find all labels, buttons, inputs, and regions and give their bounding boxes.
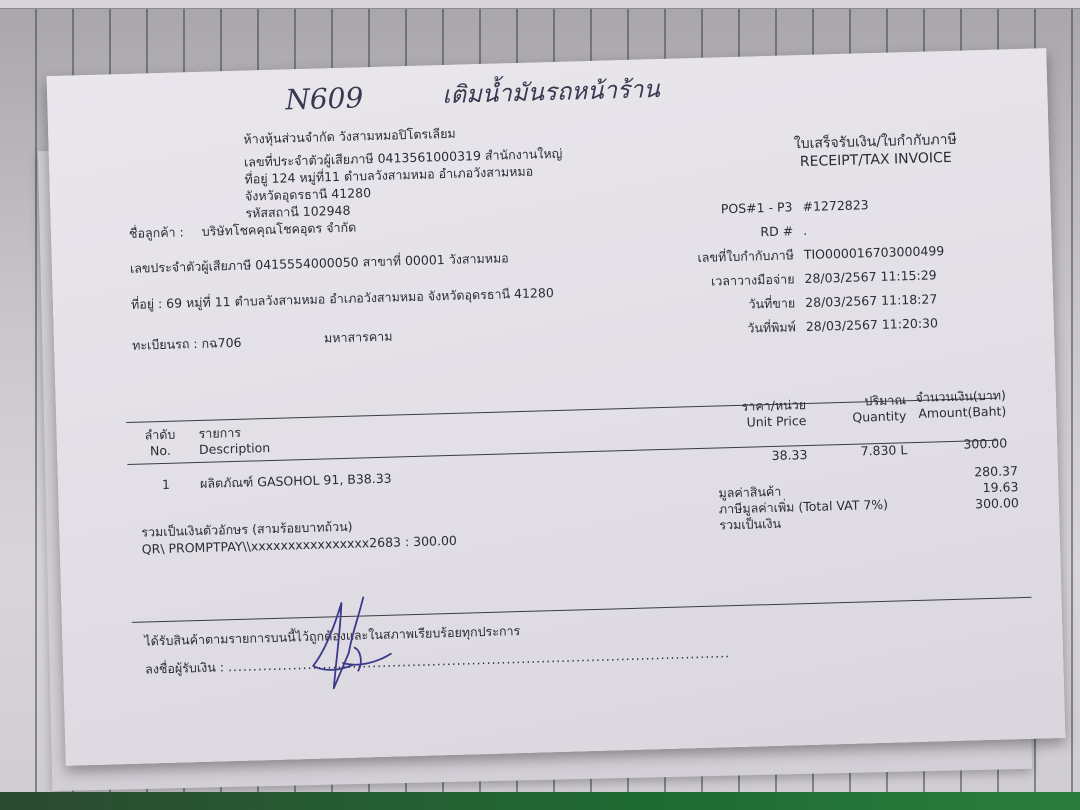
vehicle-plate: ทะเบียนรถ : กฉ706 (132, 333, 242, 356)
receipt-paper: N609 เติมน้ำมันรถหน้าร้าน ห้างหุ้นส่วนจำ… (47, 48, 1066, 766)
customer-address: ที่อยู่ : 69 หมู่ที่ 11 ตำบลวังสามหมอ อำ… (131, 283, 554, 315)
row-amount: 300.00 (897, 435, 1007, 453)
row-unit-price: 38.33 (707, 447, 807, 465)
row-description: ผลิตภัณฑ์ GASOHOL 91, B38.33 (200, 469, 392, 494)
plate-province: มหาสารคาม (324, 327, 393, 349)
handwritten-number: N609 (285, 81, 364, 116)
col-header-unit-price: ราคา/หน่วย Unit Price (706, 397, 807, 432)
totals-values: 280.37 19.63 300.00 (918, 463, 1019, 514)
row-quantity: 7.830 L (817, 442, 907, 460)
payment-info: รวมเป็นเงินตัวอักษร (สามร้อยบาทถ้วน) QR\… (141, 515, 457, 558)
row-no: 1 (162, 477, 170, 492)
col-header-amount: จำนวนเงิน(บาท) Amount(Baht) (896, 387, 1007, 422)
seller-name: ห้างหุ้นส่วนจำกัด วังสามหมอปิโตรเลียม (243, 122, 562, 148)
top-page-edge (0, 0, 1080, 9)
customer-name: บริษัทโชคคุณโชคอุดร จำกัด (202, 220, 357, 239)
customer-tax-line: เลขประจำตัวผู้เสียภาษี 0415554000050 สาข… (130, 248, 509, 279)
signature-mark (301, 592, 394, 694)
document-title: ใบเสร็จรับเงิน/ใบกำกับภาษี RECEIPT/TAX I… (794, 131, 958, 172)
green-surface-edge (0, 792, 1080, 810)
signature-label: ลงชื่อผู้รับเงิน : (145, 659, 224, 676)
total-label: รวมเป็นเงิน (719, 513, 889, 534)
customer-name-label: ชื่อลูกค้า : (129, 224, 184, 241)
totals-labels: มูลค่าสินค้า ภาษีมูลค่าเพิ่ม (Total VAT … (718, 481, 888, 534)
seller-info: ห้างหุ้นส่วนจำกัด วังสามหมอปิโตรเลียม เล… (243, 122, 564, 222)
customer-name-row: ชื่อลูกค้า : บริษัทโชคคุณโชคอุดร จำกัด (129, 218, 357, 244)
col-header-description: รายการ Description (198, 424, 270, 458)
col-header-quantity: ปริมาณ Quantity (816, 392, 907, 427)
footer-rule (132, 597, 1032, 623)
total-value: 300.00 (919, 495, 1019, 514)
receipt-meta: POS#1 - P3 #1272823 RD # . เลขที่ใบกำกับ… (696, 190, 996, 342)
col-header-no: ลำดับ No. (144, 427, 176, 460)
handwritten-note: เติมน้ำมันรถหน้าร้าน (442, 69, 661, 114)
title-english: RECEIPT/TAX INVOICE (794, 149, 957, 172)
